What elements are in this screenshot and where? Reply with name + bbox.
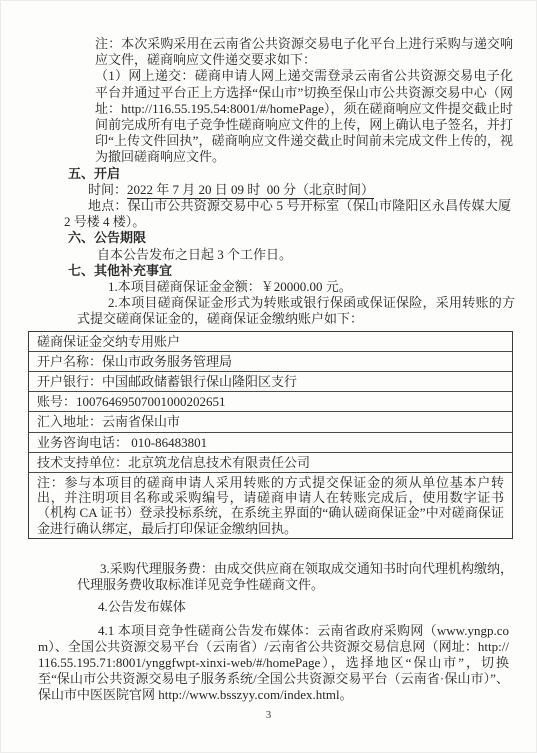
- time-label: 时间：: [88, 182, 127, 197]
- section-6-heading: 六、公告期限: [68, 230, 537, 246]
- table-row-bank: 开户银行：中国邮政储蓄银行保山隆阳区支行: [29, 371, 512, 391]
- announcement-period-paragraph: 自本公告发布之日起 3 个工作日。: [97, 247, 537, 263]
- table-row-note: 注：参与本项目的磋商申请人采用转账的方式提交保证金的须从单位基本户转出，并注明项…: [29, 472, 512, 538]
- table-row-remit-address: 汇入地址：云南省保山市: [29, 411, 512, 431]
- time-value-underlined: 2022 年 7 月 20 日 09 时 00 分（北京时间）: [127, 182, 374, 199]
- section-7-heading: 七、其他补充事宜: [68, 263, 537, 279]
- table-row-tech-support: 技术支持单位：北京筑龙信息技术有限责任公司: [29, 452, 512, 472]
- media-heading-item: 4.公告发布媒体: [98, 599, 537, 615]
- table-row-account-name: 开户名称：保山市政务服务管理局: [29, 351, 512, 371]
- table-row-phone: 业务咨询电话： 010-86483801: [29, 432, 512, 452]
- online-submission-paragraph: （1）网上递交：磋商申请人网上递交需登录云南省公共资源交易电子化平台并通过平台正…: [95, 68, 513, 165]
- deposit-amount-item: 1.本项目磋商保证金金额：￥20000.00 元。: [77, 279, 515, 295]
- section-5-heading: 五、开启: [68, 166, 537, 182]
- opening-place-line: 地点：保山市公共资源交易中心 5 号开标室（保山市隆阳区永昌传媒大厦 2 号楼 …: [64, 198, 511, 230]
- deposit-form-item: 2.本项目磋商保证金形式为转账或银行保函或保证保险，采用转账的方式提交磋商保证金…: [77, 295, 515, 327]
- document-page: 注：本次采购采用在云南省公共资源交易电子化平台上进行采购与递交响应文件，磋商响应…: [0, 0, 537, 753]
- media-detail-paragraph: 4.1 本项目竞争性磋商公告发布媒体：云南省政府采购网（www.yngp.com…: [38, 623, 509, 704]
- agency-fee-item: 3.采购代理服务费：由成交供应商在领取成交通知书时向代理机构缴纳，代理服务费收取…: [77, 561, 513, 593]
- procurement-note-paragraph: 注：本次采购采用在云南省公共资源交易电子化平台上进行采购与递交响应文件，磋商响应…: [95, 36, 513, 68]
- page-number: 3: [0, 707, 537, 723]
- deposit-account-table: 磋商保证金交纳专用账户 开户名称：保山市政务服务管理局 开户银行：中国邮政储蓄银…: [28, 331, 513, 539]
- table-row-account-title: 磋商保证金交纳专用账户: [29, 332, 512, 351]
- opening-time-line: 时间：2022 年 7 月 20 日 09 时 00 分（北京时间）: [88, 182, 537, 198]
- table-row-account-number: 账号：10076469507001000202651: [29, 391, 512, 411]
